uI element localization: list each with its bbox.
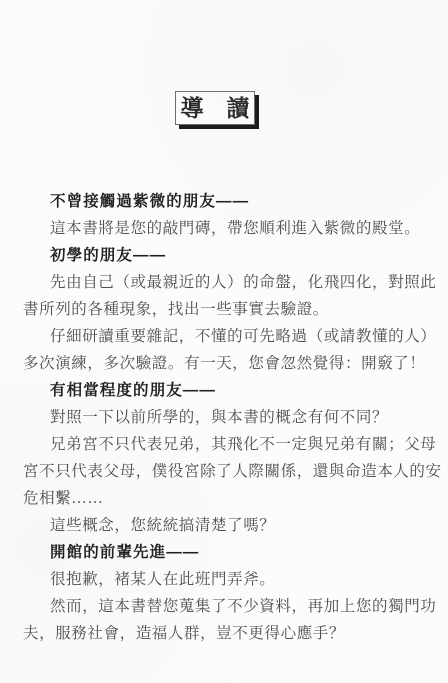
text-line: 先由自己（或最親近的人）的命盤，化飛四化，對照此 [23,269,433,296]
book-page: 導 讀 不曾接觸過紫微的朋友——這本書將是您的敲門磚，帶您順利進入紫微的殿堂。初… [0,0,448,683]
text-line: 危相繫…… [23,485,433,512]
chapter-title: 導 讀 [181,97,250,120]
text-line: 很抱歉，褚某人在此班門弄斧。 [23,566,433,593]
chapter-title-box: 導 讀 [175,91,255,125]
text-line: 仔細研讀重要雜記，不懂的可先略過（或請教懂的人） [23,323,433,350]
text-line: 兄弟宮不只代表兄弟，其飛化不一定與兄弟有關；父母 [23,431,433,458]
text-line: 開館的前輩先進—— [23,539,433,566]
text-line: 對照一下以前所學的，與本書的概念有何不同？ [23,404,433,431]
text-line: 然而，這本書替您蒐集了不少資料，再加上您的獨門功 [23,593,433,620]
text-line: 不曾接觸過紫微的朋友—— [23,188,433,215]
text-line: 宮不只代表父母，僕役宮除了人際關係，還與命造本人的安 [23,458,433,485]
text-line: 初學的朋友—— [23,242,433,269]
text-line: 多次演練，多次驗證。有一天，您會忽然覺得：開竅了！ [23,350,433,377]
text-line: 有相當程度的朋友—— [23,377,433,404]
text-line: 這些概念，您統統搞清楚了嗎？ [23,512,433,539]
body-text: 不曾接觸過紫微的朋友——這本書將是您的敲門磚，帶您順利進入紫微的殿堂。初學的朋友… [23,188,433,647]
text-line: 夫，服務社會，造福人群，豈不更得心應手？ [23,620,433,647]
text-line: 這本書將是您的敲門磚，帶您順利進入紫微的殿堂。 [23,215,433,242]
text-line: 書所列的各種現象，找出一些事實去驗證。 [23,296,433,323]
